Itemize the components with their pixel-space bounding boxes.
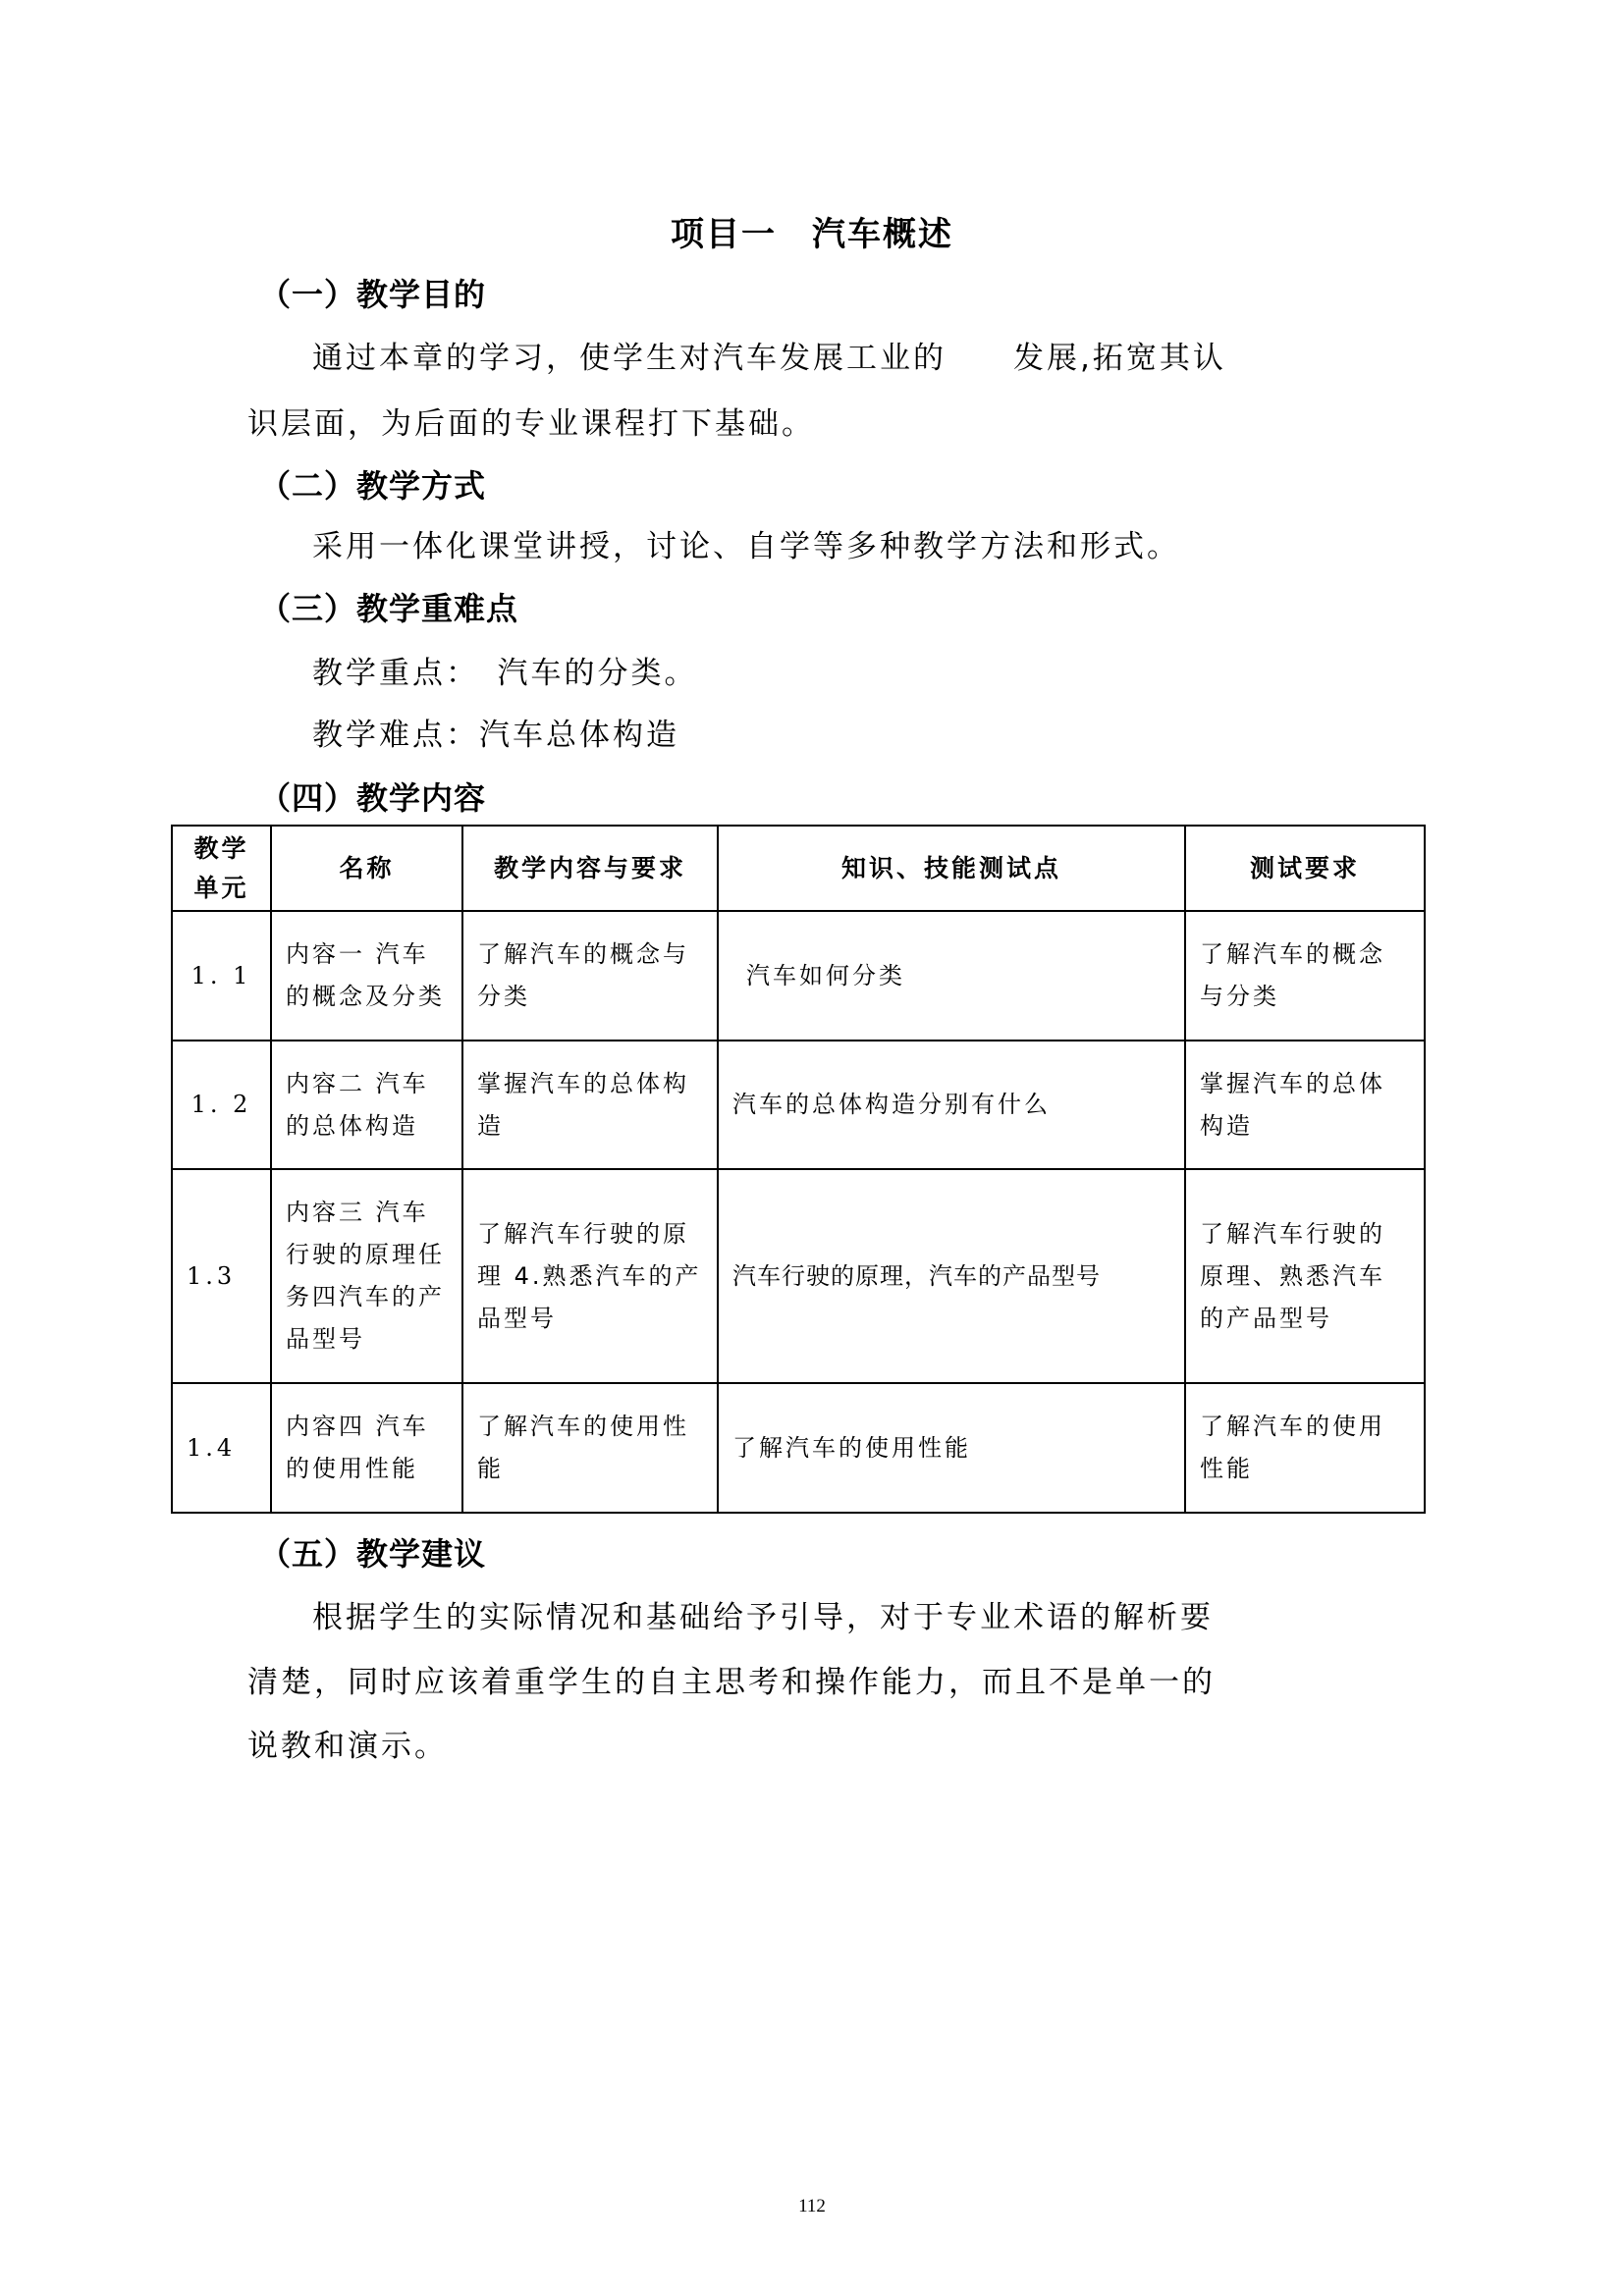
table-row: 1.4 内容四 汽车的使用性能 了解汽车的使用性能 了解汽车的使用性能 了解汽车… [172,1383,1425,1513]
page-title: 项目一 汽车概述 [0,218,1624,251]
purpose-line-2: 识层面，为后面的专业课程打下基础。 [247,409,815,440]
suggestion-line-2: 清楚，同时应该着重学生的自主思考和操作能力，而且不是单一的 [247,1668,1216,1698]
table-row: 1. 1 内容一 汽车的概念及分类 了解汽车的概念与分类 汽车如何分类 了解汽车… [172,911,1425,1041]
cell-test-point: 汽车如何分类 [718,911,1185,1041]
cell-content: 了解汽车行驶的原理 4.熟悉汽车的产品型号 [462,1169,718,1383]
cell-name: 内容二 汽车的总体构造 [271,1041,462,1169]
cell-content: 了解汽车的使用性能 [462,1383,718,1513]
table-row: 1.3 内容三 汽车行驶的原理任务四汽车的产品型号 了解汽车行驶的原理 4.熟悉… [172,1169,1425,1383]
header-unit: 教学单元 [172,826,271,911]
cell-requirement: 了解汽车行驶的原理、熟悉汽车的产品型号 [1185,1169,1425,1383]
table-header-row: 教学单元 名称 教学内容与要求 知识、技能测试点 测试要求 [172,826,1425,911]
heading-teaching-method: （二）教学方式 [259,470,486,502]
cell-requirement: 了解汽车的使用性能 [1185,1383,1425,1513]
cell-requirement: 掌握汽车的总体构造 [1185,1041,1425,1169]
heading-teaching-content: （四）教学内容 [259,782,486,814]
heading-teaching-purpose: （一）教学目的 [259,279,486,310]
suggestion-line-3: 说教和演示。 [247,1732,448,1762]
suggestion-line-1: 根据学生的实际情况和基础给予引导，对于专业术语的解析要 [312,1603,1214,1633]
cell-unit: 1. 2 [172,1041,271,1169]
difficult-point-line: 教学难点：汽车总体构造 [312,721,679,751]
cell-content: 掌握汽车的总体构造 [462,1041,718,1169]
header-test-point: 知识、技能测试点 [718,826,1185,911]
cell-name: 内容四 汽车的使用性能 [271,1383,462,1513]
heading-key-points: （三）教学重难点 [259,593,518,624]
purpose-line-1: 通过本章的学习，使学生对汽车发展工业的 发展,拓宽其认 [312,344,1226,374]
table-row: 1. 2 内容二 汽车的总体构造 掌握汽车的总体构造 汽车的总体构造分别有什么 … [172,1041,1425,1169]
cell-name: 内容三 汽车行驶的原理任务四汽车的产品型号 [271,1169,462,1383]
header-requirement: 测试要求 [1185,826,1425,911]
header-content: 教学内容与要求 [462,826,718,911]
cell-test-point: 汽车的总体构造分别有什么 [718,1041,1185,1169]
cell-test-point: 了解汽车的使用性能 [718,1383,1185,1513]
heading-teaching-suggestions: （五）教学建议 [259,1538,486,1570]
cell-unit: 1.4 [172,1383,271,1513]
key-point-line: 教学重点： 汽车的分类。 [312,659,698,689]
cell-name: 内容一 汽车的概念及分类 [271,911,462,1041]
teaching-content-table: 教学单元 名称 教学内容与要求 知识、技能测试点 测试要求 1. 1 内容一 汽… [171,825,1426,1514]
cell-requirement: 了解汽车的概念与分类 [1185,911,1425,1041]
method-line-1: 采用一体化课堂讲授，讨论、自学等多种教学方法和形式。 [312,532,1180,562]
cell-unit: 1.3 [172,1169,271,1383]
page-number: 112 [0,2197,1624,2216]
cell-test-point: 汽车行驶的原理，汽车的产品型号 [718,1169,1185,1383]
header-name: 名称 [271,826,462,911]
cell-content: 了解汽车的概念与分类 [462,911,718,1041]
cell-unit: 1. 1 [172,911,271,1041]
